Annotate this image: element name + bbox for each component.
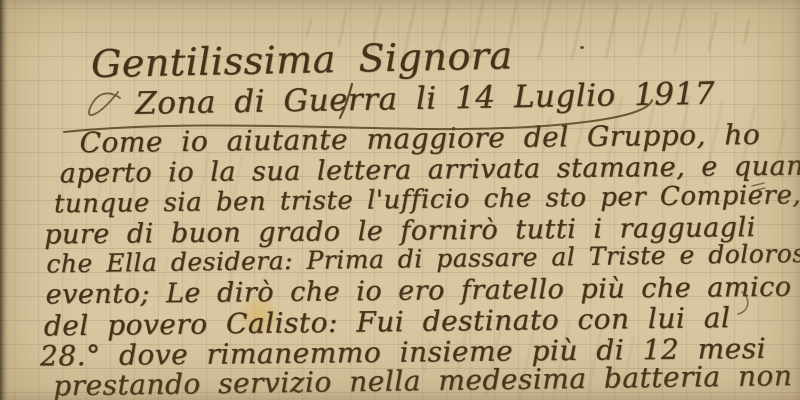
aged-paper-vignette (0, 0, 800, 400)
scan-left-edge-shadow (0, 0, 7, 400)
handwritten-letter-scan: Gentilissima Signora Zona di Guerra li 1… (0, 0, 800, 400)
